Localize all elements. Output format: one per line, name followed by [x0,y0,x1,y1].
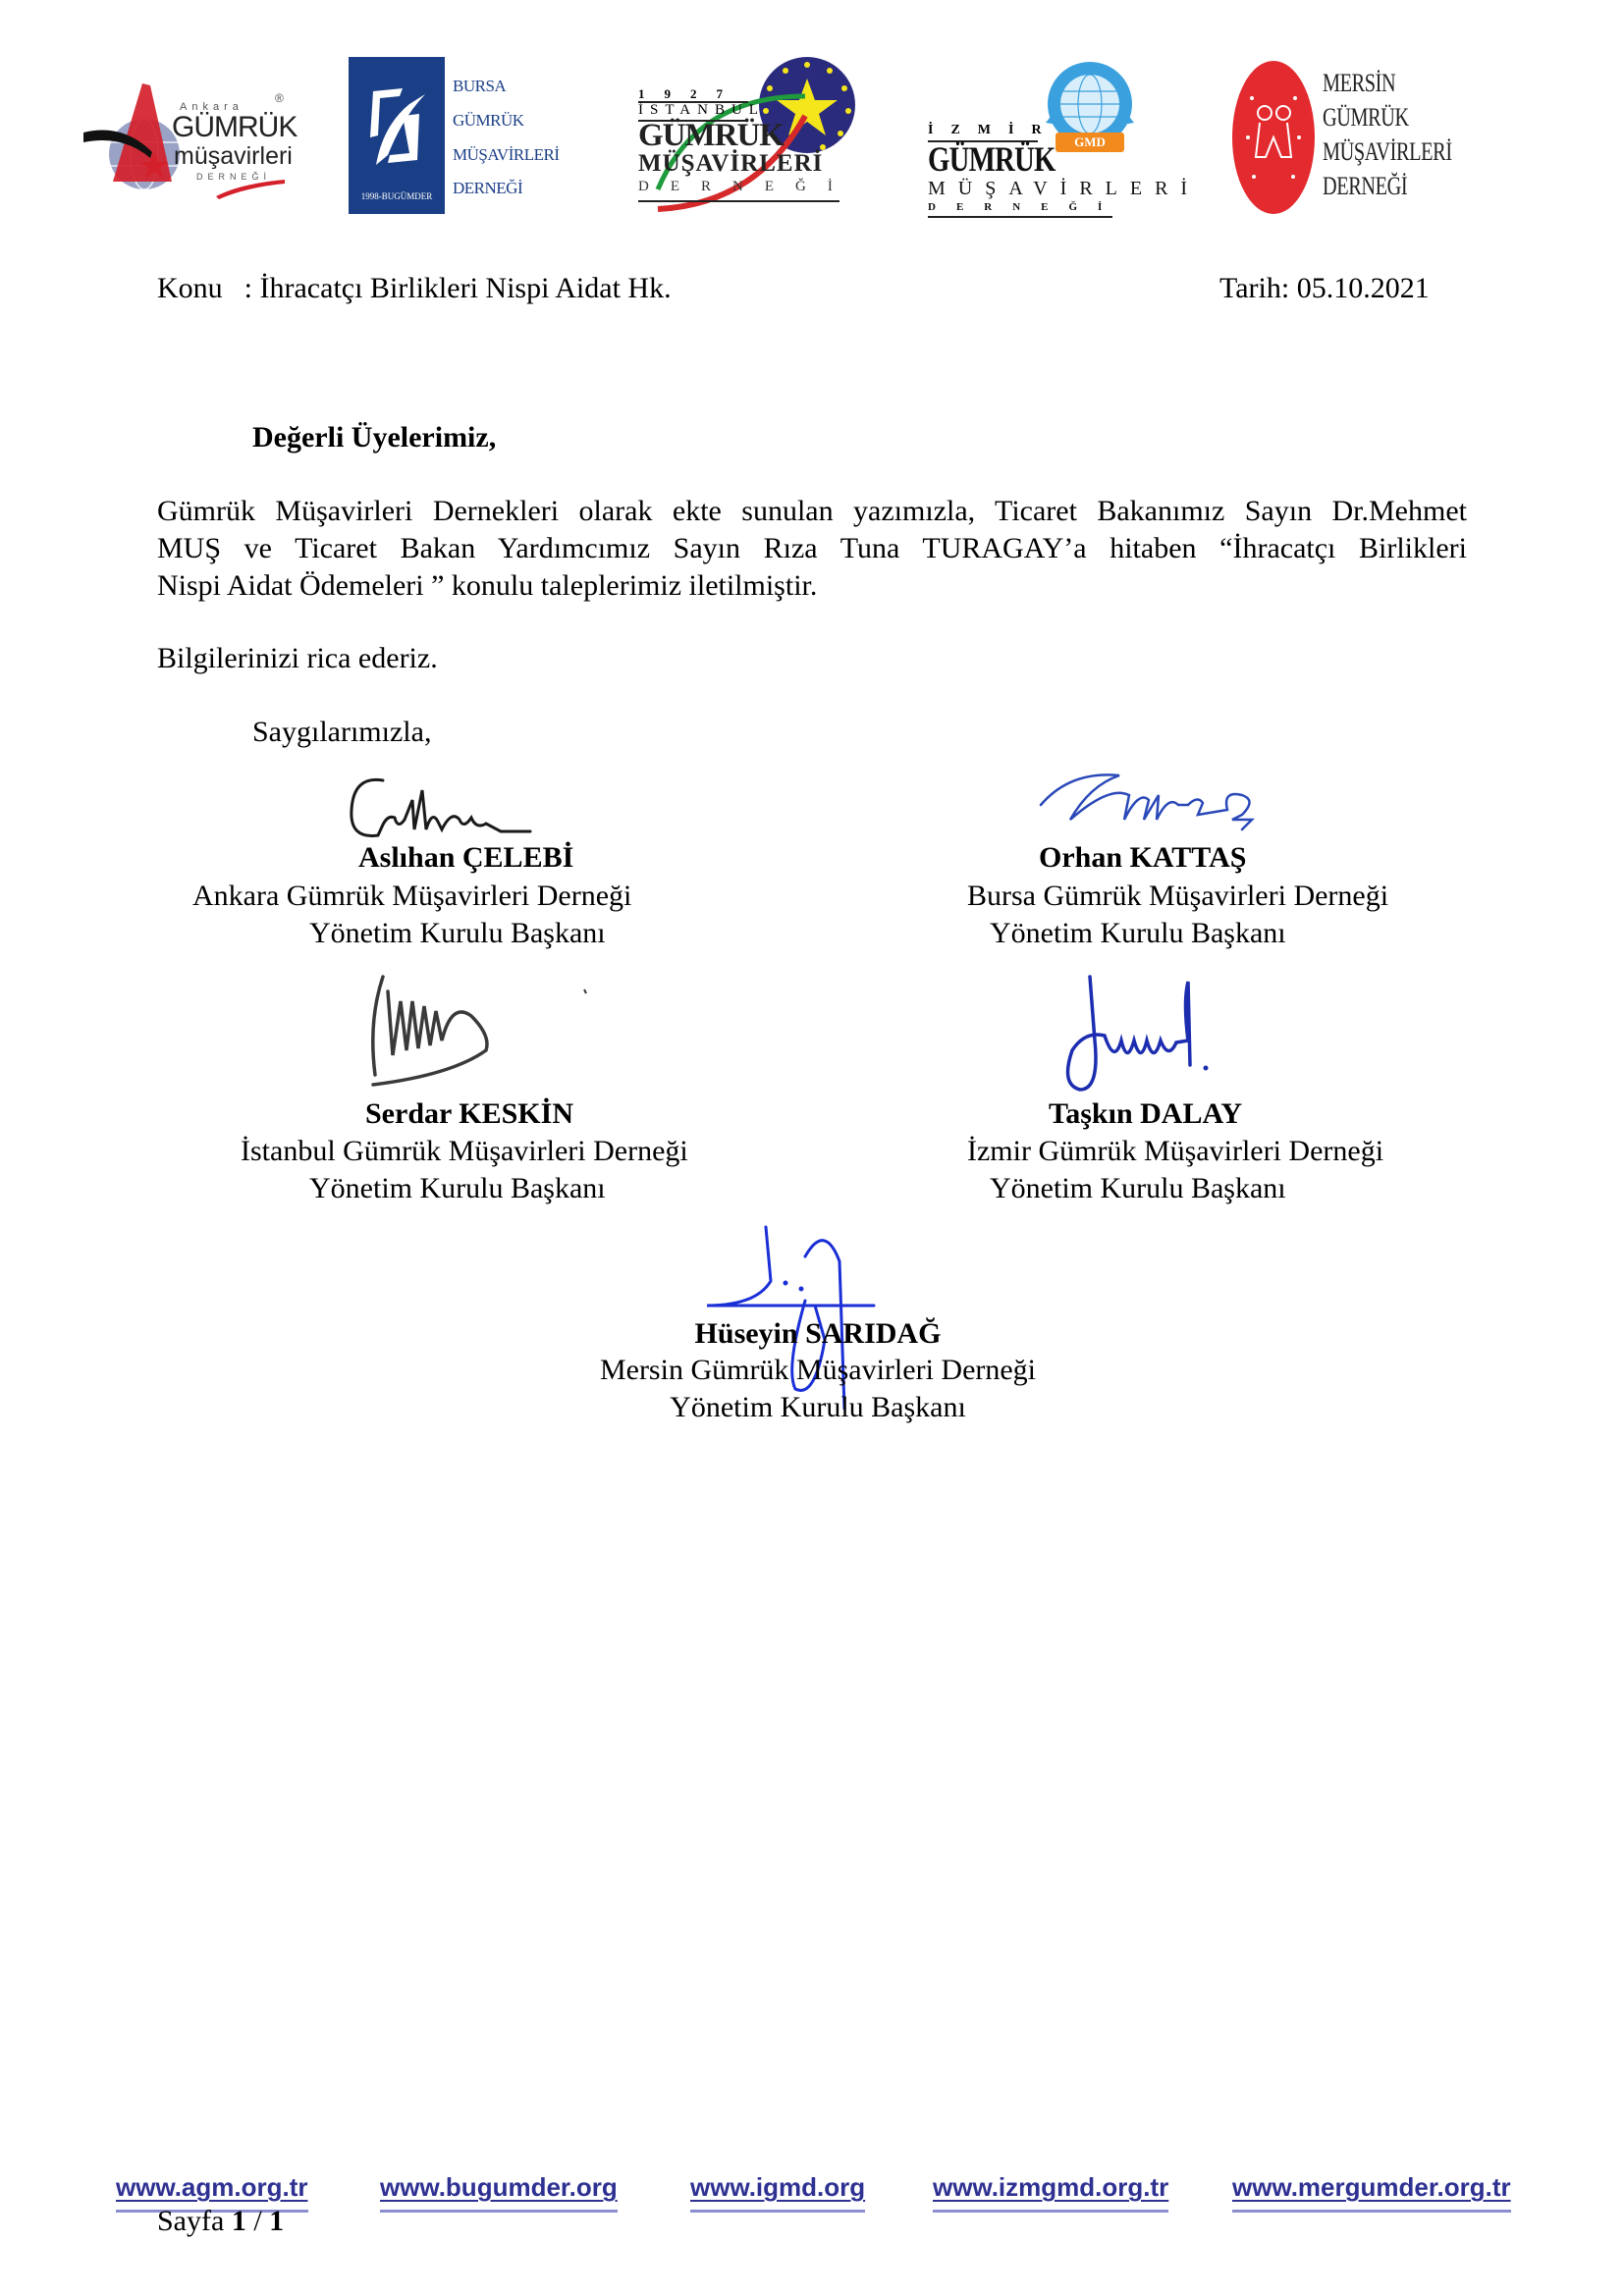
signatory-org: Ankara Gümrük Müşavirleri Derneği [192,881,631,911]
istanbul-logo-rule [638,200,839,202]
izmir-logo-footer: DERNEĞİ [928,201,1122,213]
mersin-logo-line-4: DERNEĞİ [1323,172,1407,201]
bursa-association-logo: 1998-BUGÜMDER BURSA GÜMRÜK MÜŞAVİRLERİ D… [349,57,545,214]
izmir-logo-title: GÜMRÜK [928,138,1056,180]
signatory-name: Orhan KATTAŞ [1039,843,1246,873]
body-line-3: Nispi Aidat Ödemeleri ” konulu talepleri… [157,571,817,601]
page-current: 1 [232,2205,246,2237]
signatory-title: Yönetim Kurulu Başkanı [309,919,606,948]
istanbul-logo-year: 1927 [638,86,742,102]
subject-label: Konu [157,272,223,304]
signatory-org: İstanbul Gümrük Müşavirleri Derneği [241,1137,688,1166]
mersin-logo-line-1: MERSİN [1323,69,1395,98]
izmir-logo-badge: GMD [1056,133,1124,152]
mersin-logo-line-2: GÜMRÜK [1323,103,1409,133]
istanbul-logo-footer: DERNEĞİ [638,179,854,195]
footer-link-agm[interactable]: www.agm.org.tr [116,2172,308,2203]
page-total: 1 [269,2205,284,2237]
signatory-name: Taşkın DALAY [1049,1099,1242,1129]
istanbul-association-logo: 1927 İSTANBUL GÜMRÜK MÜŞAVİRLERİ DERNEĞİ [638,57,856,214]
izmir-association-logo: GMD İZMİR GÜMRÜK MÜŞAVİRLERİ DERNEĞİ [928,54,1139,221]
signature-serdar-icon [363,972,599,1090]
bursa-logo-box: 1998-BUGÜMDER [349,57,445,214]
signatory-title: Yönetim Kurulu Başkanı [0,1393,1624,1422]
page-number: Sayfa 1 / 1 [157,2207,284,2236]
closing-line: Saygılarımızla, [252,718,431,747]
body-line-1: Gümrük Müşavirleri Dernekleri olarak ekt… [157,497,1467,526]
signature-orhan-icon [1031,766,1326,844]
mersin-logo-figures-icon [1232,59,1315,216]
bursa-logo-line-4: DERNEĞİ [453,179,522,198]
signature-taskin-icon [1060,972,1286,1099]
footer-link-bugumder[interactable]: www.bugumder.org [380,2172,618,2203]
istanbul-logo-subtitle: MÜŞAVİRLERİ [638,150,823,178]
izmir-logo-subtitle: MÜŞAVİRLERİ [928,178,1200,200]
istanbul-logo-city: İSTANBUL [638,102,765,119]
subject-separator: : [244,272,252,304]
signatory-org: Bursa Gümrük Müşavirleri Derneği [967,881,1388,911]
bursa-logo-box-label: 1998-BUGÜMDER [349,191,445,201]
request-line: Bilgilerinizi rica ederiz. [157,644,438,673]
mersin-logo-line-3: MÜŞAVİRLERİ [1323,137,1452,167]
signatory-title: Yönetim Kurulu Başkanı [990,1174,1286,1203]
ankara-logo-title: GÜMRÜK [172,111,297,144]
signatory-title: Yönetim Kurulu Başkanı [309,1174,606,1203]
istanbul-logo-title: GÜMRÜK [638,118,784,154]
letter-date: Tarih: 05.10.2021 [1219,274,1430,303]
bursa-logo-line-2: GÜMRÜK [453,111,524,131]
signature-aslihan-icon [344,771,609,849]
greeting: Değerli Üyelerimiz, [252,423,496,453]
signatory-title: Yönetim Kurulu Başkanı [990,919,1286,948]
bursa-logo-line-3: MÜŞAVİRLERİ [453,145,559,165]
ankara-association-logo: Ankara GÜMRÜK müşavirleri DERNEĞİ ® [83,74,290,201]
page-separator: / [253,2205,261,2237]
page-label: Sayfa [157,2205,224,2237]
signatory-org: İzmir Gümrük Müşavirleri Derneği [967,1137,1383,1166]
bursa-logo-emblem-icon [349,57,445,185]
ankara-logo-subtitle: müşavirleri [174,142,293,171]
signatory-name: Hüseyin SARIDAĞ [0,1319,1624,1349]
registered-mark-icon: ® [275,91,284,105]
signatory-name: Serdar KESKİN [365,1099,573,1129]
signatory-name: Aslıhan ÇELEBİ [358,843,573,873]
subject-text: İhracatçı Birlikleri Nispi Aidat Hk. [260,272,672,304]
subject-line: Konu: İhracatçı Birlikleri Nispi Aidat H… [157,274,672,303]
footer-link-igmd[interactable]: www.igmd.org [690,2172,865,2203]
bursa-logo-line-1: BURSA [453,77,506,96]
mersin-association-logo: MERSİN GÜMRÜK MÜŞAVİRLERİ DERNEĞİ [1232,59,1468,216]
footer-link-mergumder[interactable]: www.mergumder.org.tr [1232,2172,1511,2203]
signatory-org: Mersin Gümrük Müşavirleri Derneği [0,1356,1624,1385]
izmir-logo-rule [928,216,1112,218]
ankara-logo-footer: DERNEĞİ [196,172,271,182]
izmir-logo-city: İZMİR [928,123,1059,138]
footer-link-izmgmd[interactable]: www.izmgmd.org.tr [933,2172,1168,2203]
body-line-2: MUŞ ve Ticaret Bakan Yardımcımız Sayın R… [157,534,1467,563]
